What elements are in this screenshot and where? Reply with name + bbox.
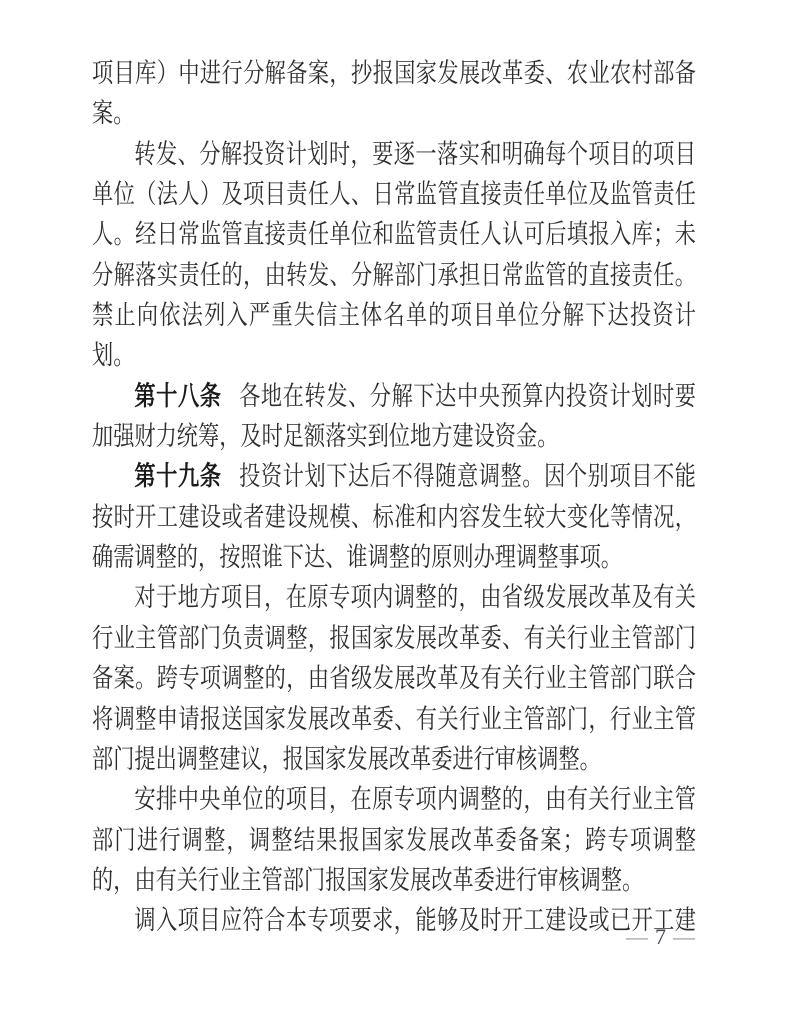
text-line: 将调整申请报送国家发展改革委、有关行业主管部门，行业主管 [92, 699, 696, 739]
text-line: 调入项目应符合本专项要求，能够及时开工建设或已开工建 [92, 900, 696, 940]
line-text: 行业主管部门负责调整，报国家发展改革委、有关行业主管部门 [92, 623, 696, 653]
line-text: 案。 [92, 98, 134, 128]
text-line: 转发、分解投资计划时，要逐一落实和明确每个项目的项目 [92, 134, 696, 174]
text-line: 部门进行调整，调整结果报国家发展改革委备案；跨专项调整 [92, 820, 696, 860]
line-text: 部门进行调整，调整结果报国家发展改革委备案；跨专项调整 [92, 825, 696, 855]
text-line: 对于地方项目，在原专项内调整的，由省级发展改革及有关 [92, 577, 696, 617]
text-line: 第十八条各地在转发、分解下达中央预算内投资计划时要 [92, 376, 696, 416]
text-line: 划。 [92, 335, 696, 375]
line-text: 加强财力统筹，及时足额落实到位地方建设资金。 [92, 421, 558, 451]
text-line: 项目库）中进行分解备案，抄报国家发展改革委、农业农村部备 [92, 53, 696, 93]
line-text: 确需调整的，按照谁下达、谁调整的原则办理调整事项。 [92, 542, 622, 572]
line-text: 投资计划下达后不得随意调整。因个别项目不能 [239, 461, 697, 491]
document-body: 项目库）中进行分解备案，抄报国家发展改革委、农业农村部备案。转发、分解投资计划时… [92, 53, 696, 941]
text-line: 禁止向依法列入严重失信主体名单的项目单位分解下达投资计 [92, 295, 696, 335]
text-line: 案。 [92, 93, 696, 133]
line-text: 划。 [92, 340, 134, 370]
text-line: 确需调整的，按照谁下达、谁调整的原则办理调整事项。 [92, 537, 696, 577]
text-line: 第十九条投资计划下达后不得随意调整。因个别项目不能 [92, 456, 696, 496]
text-line: 备案。跨专项调整的，由省级发展改革及有关行业主管部门联合 [92, 658, 696, 698]
article-number-bold: 第十九条 [134, 461, 221, 491]
text-line: 部门提出调整建议，报国家发展改革委进行审核调整。 [92, 739, 696, 779]
line-text: 的，由有关行业主管部门报国家发展改革委进行审核调整。 [92, 865, 643, 895]
line-text: 项目库）中进行分解备案，抄报国家发展改革委、农业农村部备 [92, 58, 696, 88]
page-footer: —7— [626, 925, 695, 949]
line-text: 单位（法人）及项目责任人、日常监管直接责任单位及监管责任 [92, 179, 696, 209]
line-text: 对于地方项目，在原专项内调整的，由省级发展改革及有关 [134, 582, 696, 612]
line-text: 按时开工建设或者建设规模、标准和内容发生较大变化等情况， [92, 502, 696, 532]
line-text: 安排中央单位的项目，在原专项内调整的，由有关行业主管 [134, 784, 696, 814]
text-line: 按时开工建设或者建设规模、标准和内容发生较大变化等情况， [92, 497, 696, 537]
line-text: 将调整申请报送国家发展改革委、有关行业主管部门，行业主管 [92, 704, 696, 734]
text-line: 单位（法人）及项目责任人、日常监管直接责任单位及监管责任 [92, 174, 696, 214]
line-text: 部门提出调整建议，报国家发展改革委进行审核调整。 [92, 744, 601, 774]
footer-dash-right: — [673, 924, 695, 949]
line-text: 分解落实责任的，由转发、分解部门承担日常监管的直接责任。 [92, 260, 696, 290]
text-line: 分解落实责任的，由转发、分解部门承担日常监管的直接责任。 [92, 255, 696, 295]
document-page: 项目库）中进行分解备案，抄报国家发展改革委、农业农村部备案。转发、分解投资计划时… [0, 0, 790, 1013]
text-line: 行业主管部门负责调整，报国家发展改革委、有关行业主管部门 [92, 618, 696, 658]
article-number-bold: 第十八条 [134, 381, 221, 411]
text-line: 安排中央单位的项目，在原专项内调整的，由有关行业主管 [92, 779, 696, 819]
line-text: 禁止向依法列入严重失信主体名单的项目单位分解下达投资计 [92, 300, 696, 330]
line-text: 各地在转发、分解下达中央预算内投资计划时要 [239, 381, 697, 411]
text-line: 加强财力统筹，及时足额落实到位地方建设资金。 [92, 416, 696, 456]
text-line: 的，由有关行业主管部门报国家发展改革委进行审核调整。 [92, 860, 696, 900]
line-text: 备案。跨专项调整的，由省级发展改革及有关行业主管部门联合 [92, 663, 696, 693]
line-text: 调入项目应符合本专项要求，能够及时开工建设或已开工建 [134, 905, 696, 935]
line-text: 转发、分解投资计划时，要逐一落实和明确每个项目的项目 [134, 139, 696, 169]
text-line: 人。经日常监管直接责任单位和监管责任人认可后填报入库；未 [92, 214, 696, 254]
footer-dash-left: — [626, 924, 648, 949]
line-text: 人。经日常监管直接责任单位和监管责任人认可后填报入库；未 [92, 219, 696, 249]
page-number: 7 [655, 924, 666, 949]
